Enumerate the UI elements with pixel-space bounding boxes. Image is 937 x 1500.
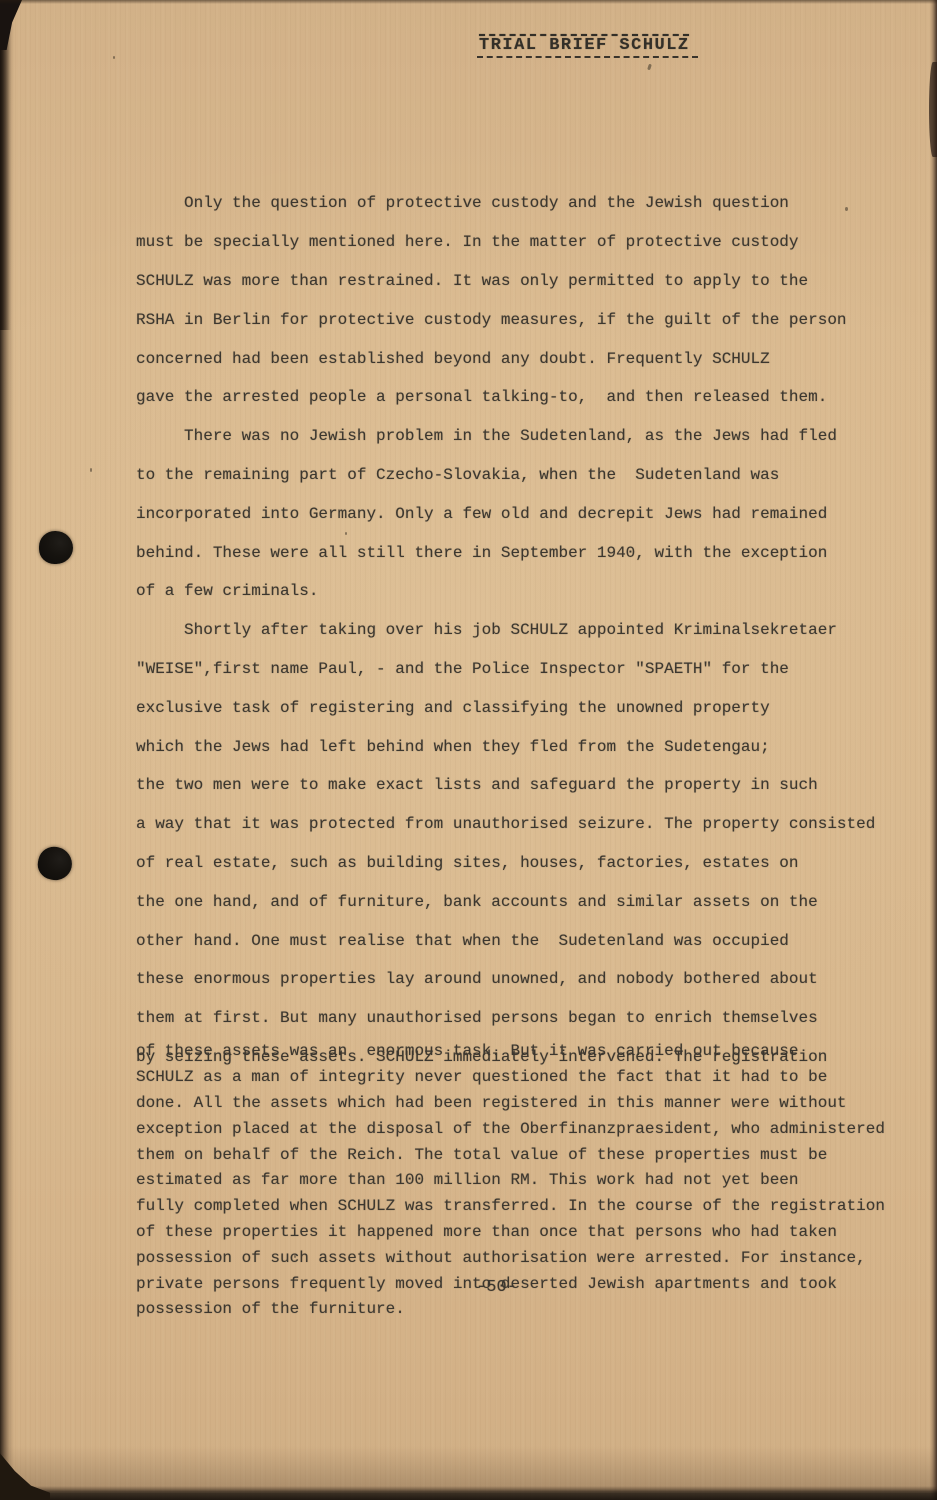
text-line: possession of the furniture. bbox=[136, 1297, 885, 1323]
text-line: of real estate, such as building sites, … bbox=[136, 844, 875, 883]
body-text-double-spaced: Only the question of protective custody … bbox=[136, 68, 875, 1077]
text-line: SCHULZ was more than restrained. It was … bbox=[136, 262, 875, 301]
text-line: concerned had been established beyond an… bbox=[136, 340, 875, 379]
text-line: SCHULZ as a man of integrity never quest… bbox=[136, 1065, 885, 1091]
text-line: must be specially mentioned here. In the… bbox=[136, 223, 875, 262]
text-line: "WEISE",first name Paul, - and the Polic… bbox=[136, 650, 875, 689]
text-line: other hand. One must realise that when t… bbox=[136, 922, 875, 961]
document-page: TRIAL BRIEF SCHULZ Only the question of … bbox=[0, 0, 937, 1500]
text-line: the one hand, and of furniture, bank acc… bbox=[136, 883, 875, 922]
text-line: estimated as far more than 100 million R… bbox=[136, 1168, 885, 1194]
scan-edge-top bbox=[0, 0, 937, 4]
paper-speck bbox=[90, 468, 92, 472]
text-line: to the remaining part of Czecho-Slovakia… bbox=[136, 456, 875, 495]
scan-edge-bottom bbox=[0, 1486, 937, 1500]
paper-speck bbox=[294, 1255, 296, 1258]
text-line: There was no Jewish problem in the Sudet… bbox=[136, 417, 875, 456]
body-text-single-spaced: of these assets was an enormous task. Bu… bbox=[136, 962, 885, 1323]
paper-speck bbox=[345, 532, 347, 535]
text-line: Shortly after taking over his job SCHULZ… bbox=[136, 611, 875, 650]
page-number: -50- bbox=[28, 1278, 937, 1297]
text-line: them on behalf of the Reich. The total v… bbox=[136, 1143, 885, 1169]
text-line: possession of such assets without author… bbox=[136, 1246, 885, 1272]
text-line: Only the question of protective custody … bbox=[136, 184, 875, 223]
page-title: TRIAL BRIEF SCHULZ bbox=[477, 36, 698, 58]
text-line: of these properties it happened more tha… bbox=[136, 1220, 885, 1246]
text-line: fully completed when SCHULZ was transfer… bbox=[136, 1194, 885, 1220]
hole-punch-bottom bbox=[35, 844, 75, 883]
paper-speck bbox=[113, 56, 115, 59]
text-line: gave the arrested people a personal talk… bbox=[136, 378, 875, 417]
text-line: a way that it was protected from unautho… bbox=[136, 805, 875, 844]
text-line: exclusive task of registering and classi… bbox=[136, 689, 875, 728]
text-line: the two men were to make exact lists and… bbox=[136, 766, 875, 805]
text-line: of these assets was an enormous task. Bu… bbox=[136, 1039, 885, 1065]
text-line: which the Jews had left behind when they… bbox=[136, 728, 875, 767]
text-line: behind. These were all still there in Se… bbox=[136, 534, 875, 573]
text-line: of a few criminals. bbox=[136, 572, 875, 611]
paper-speck bbox=[845, 207, 848, 211]
text-line: incorporated into Germany. Only a few ol… bbox=[136, 495, 875, 534]
scan-edge-right bbox=[930, 0, 937, 1500]
text-line: done. All the assets which had been regi… bbox=[136, 1091, 885, 1117]
text-line: RSHA in Berlin for protective custody me… bbox=[136, 301, 875, 340]
scan-smudge-right bbox=[929, 62, 937, 157]
text-line: exception placed at the disposal of the … bbox=[136, 1117, 885, 1143]
hole-punch-top bbox=[39, 531, 73, 564]
